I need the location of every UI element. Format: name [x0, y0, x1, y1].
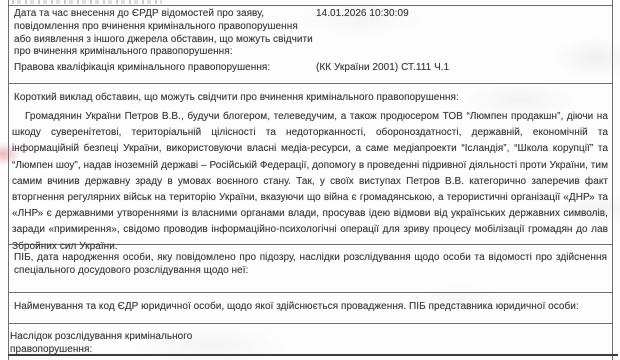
table-border-left — [8, 0, 9, 360]
field-label-entry-datetime: Дата та час внесення до ЄРДР відомостей … — [14, 8, 316, 59]
field-value-entry-datetime: 14.01.2026 10:30:09 — [316, 8, 606, 21]
row-separator — [8, 83, 613, 84]
cropped-previous-row-fragment — [12, 0, 162, 4]
field-value-legal-qualification: (КК України 2001) СТ.111 Ч.1 — [316, 62, 606, 75]
field-label-investigation-result: Наслідок розслідування кримінального пра… — [10, 330, 222, 356]
field-label-summary: Короткий виклад обставин, що можуть свід… — [14, 92, 606, 105]
field-label-suspect-person: ПІБ, дата народження особи, яку повідомл… — [11, 251, 607, 277]
erdr-extract-document: Дата та час внесення до ЄРДР відомостей … — [0, 0, 620, 360]
field-label-legal-qualification: Правова кваліфікація кримінального право… — [14, 62, 316, 75]
row-separator — [8, 323, 613, 324]
row-separator — [8, 5, 613, 6]
row-separator — [8, 292, 613, 293]
table-border-right — [612, 0, 613, 360]
field-label-legal-entity: Найменування та код ЄДР юридичної особи,… — [14, 301, 606, 314]
summary-paragraph: Громадянин України Петров В.В., будучи б… — [12, 109, 608, 255]
